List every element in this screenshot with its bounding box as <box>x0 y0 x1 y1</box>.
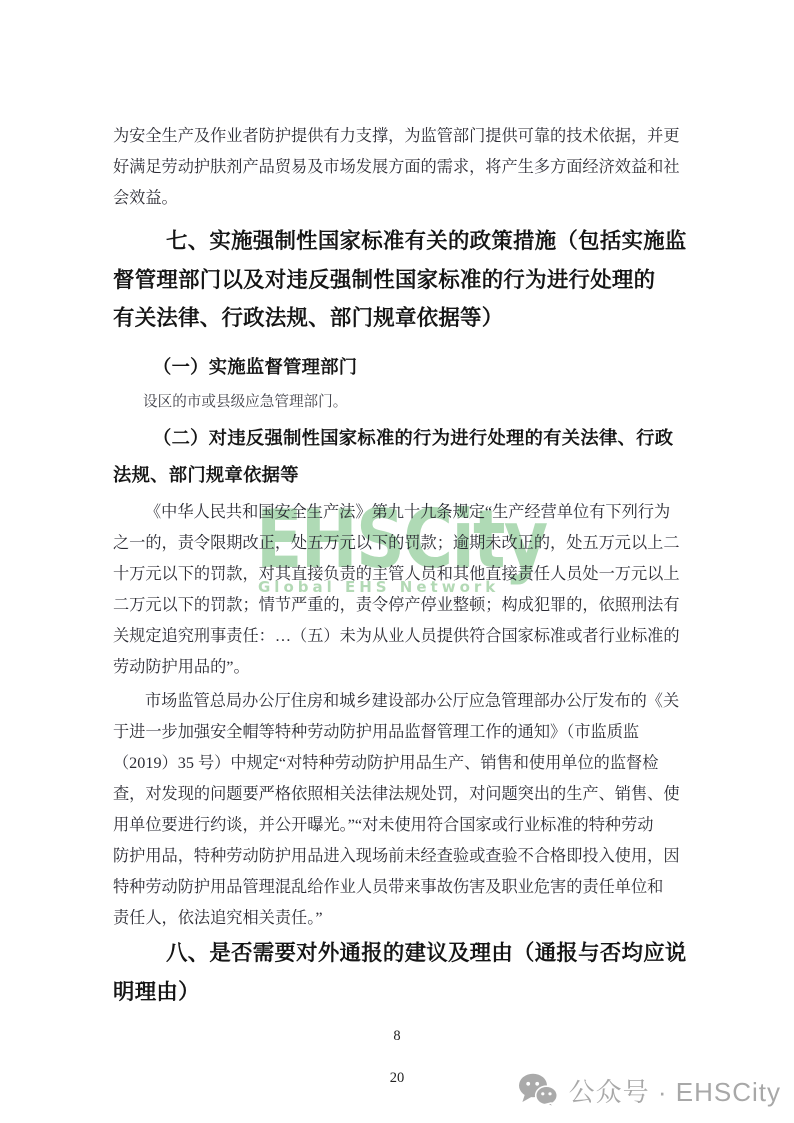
text-line: 用单位要进行约谈，并公开曝光。”“对未使用符合国家或行业标准的特种劳动 <box>113 810 713 841</box>
text-line: 特种劳动防护用品管理混乱给作业人员带来事故伤害及职业危害的责任单位和 <box>113 872 713 903</box>
text-line: （2019）35 号）中规定“对特种劳动防护用品生产、销售和使用单位的监督检 <box>113 748 713 779</box>
text-line: 之一的，责令限期改正，处五万元以下的罚款；逾期未改正的，处五万元以上二 <box>113 528 713 559</box>
text-line: 市场监管总局办公厅住房和城乡建设部办公厅应急管理部办公厅发布的《关 <box>113 686 713 717</box>
wechat-footer: 公众号 · EHSCity <box>518 1070 781 1110</box>
text-line: 明理由） <box>113 973 713 1012</box>
wechat-icon <box>518 1072 558 1108</box>
wechat-label: 公众号 · EHSCity <box>569 1072 781 1109</box>
text-line: 十万元以下的罚款，对其直接负责的主管人员和其他直接责任人员处一万元以上 <box>113 559 713 590</box>
text-line: 查，对发现的问题要严格依照相关法律法规处罚，对问题突出的生产、销售、使 <box>113 779 713 810</box>
text-line: 《中华人民共和国安全生产法》第九十九条规定“生产经营单位有下列行为 <box>113 497 713 528</box>
text-line: 七、实施强制性国家标准有关的政策措施（包括实施监 <box>113 222 713 261</box>
text-line: 为安全生产及作业者防护提供有力支撑，为监管部门提供可靠的技术依据，并更 <box>113 121 713 152</box>
paragraph-block: 设区的市或县级应急管理部门。 <box>113 388 713 416</box>
heading-block: （一）实施监督管理部门 <box>113 348 713 385</box>
text-line: 会效益。 <box>113 183 713 214</box>
text-line: 督管理部门以及对违反强制性国家标准的行为进行处理的 <box>113 261 713 300</box>
document-blocks: 为安全生产及作业者防护提供有力支撑，为监管部门提供可靠的技术依据，并更好满足劳动… <box>0 0 794 1123</box>
text-line: 好满足劳动护肤剂产品贸易及市场发展方面的需求，将产生多方面经济效益和社 <box>113 152 713 183</box>
text-line: 于进一步加强安全帽等特种劳动防护用品监督管理工作的通知》（市监质监 <box>113 717 713 748</box>
paragraph-block: 为安全生产及作业者防护提供有力支撑，为监管部门提供可靠的技术依据，并更好满足劳动… <box>113 121 713 214</box>
text-line: （二）对违反强制性国家标准的行为进行处理的有关法律、行政 <box>113 419 713 456</box>
text-line: 有关法律、行政法规、部门规章依据等） <box>113 299 713 338</box>
heading-block: 七、实施强制性国家标准有关的政策措施（包括实施监督管理部门以及对违反强制性国家标… <box>113 222 713 338</box>
text-line: 劳动防护用品的”。 <box>113 652 713 683</box>
paragraph-block: 市场监管总局办公厅住房和城乡建设部办公厅应急管理部办公厅发布的《关于进一步加强安… <box>113 686 713 934</box>
text-line: 防护用品，特种劳动防护用品进入现场前未经查验或查验不合格即投入使用，因 <box>113 841 713 872</box>
text-line: （一）实施监督管理部门 <box>113 348 713 385</box>
text-line: 责任人，依法追究相关责任。” <box>113 903 713 934</box>
text-line: 八、是否需要对外通报的建议及理由（通报与否均应说 <box>113 934 713 973</box>
document-page: EHSCity Global EHS Network 为安全生产及作业者防护提供… <box>0 0 794 1123</box>
text-line: 二万元以下的罚款；情节严重的，责令停产停业整顿；构成犯罪的，依照刑法有 <box>113 590 713 621</box>
paragraph-block: 《中华人民共和国安全生产法》第九十九条规定“生产经营单位有下列行为之一的，责令限… <box>113 497 713 683</box>
text-line: 设区的市或县级应急管理部门。 <box>113 388 713 416</box>
text-line: 关规定追究刑事责任：…（五）未为从业人员提供符合国家标准或者行业标准的 <box>113 621 713 652</box>
text-line: 法规、部门规章依据等 <box>113 456 713 493</box>
heading-block: （二）对违反强制性国家标准的行为进行处理的有关法律、行政法规、部门规章依据等 <box>113 419 713 493</box>
heading-block: 八、是否需要对外通报的建议及理由（通报与否均应说明理由） <box>113 934 713 1011</box>
